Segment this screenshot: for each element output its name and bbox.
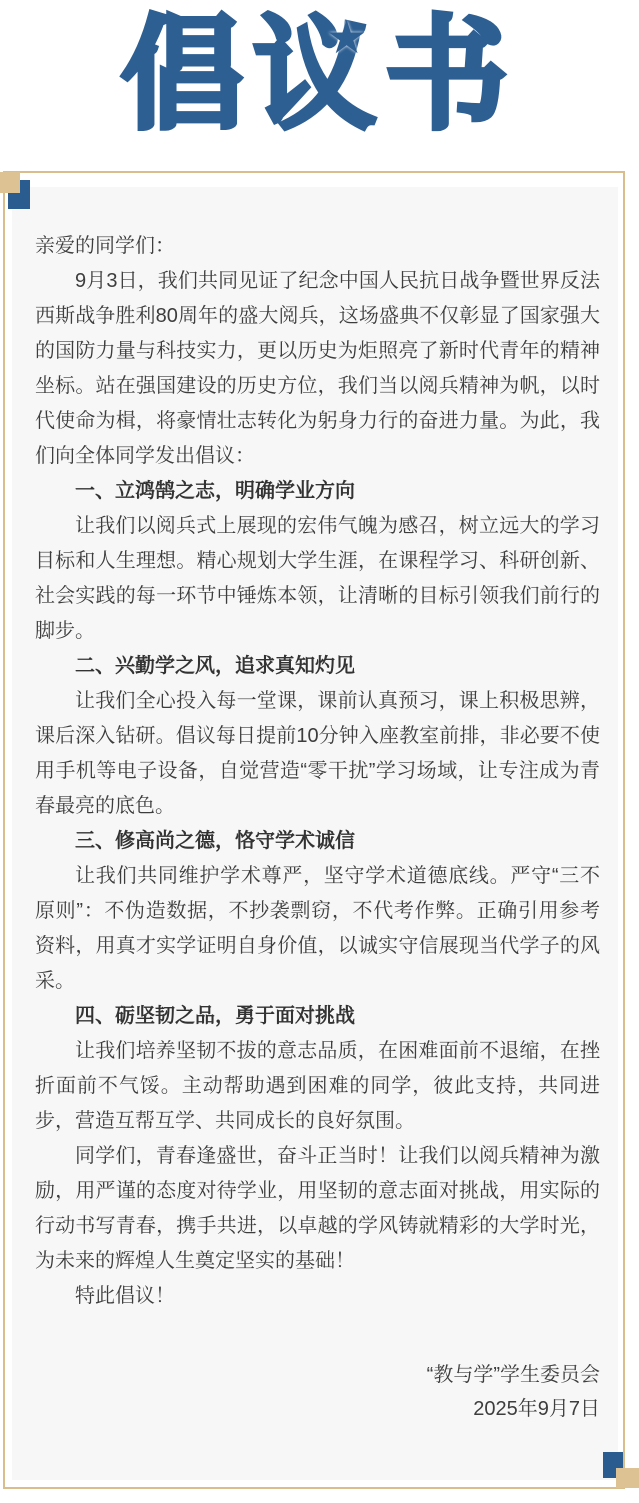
title-text: 倡议书: [0, 0, 639, 150]
signature-date: 2025年9月7日: [35, 1392, 600, 1426]
intro-paragraph: 9月3日，我们共同见证了纪念中国人民抗日战争暨世界反法西斯战争胜利80周年的盛大…: [35, 264, 600, 474]
section-2-heading: 二、兴勤学之风，追求真知灼见: [35, 649, 600, 684]
corner-square-top-left-tan-icon: [0, 172, 20, 193]
letter-body: 亲爱的同学们： 9月3日，我们共同见证了纪念中国人民抗日战争暨世界反法西斯战争胜…: [12, 187, 618, 1480]
closing-paragraph: 同学们，青春逢盛世，奋斗正当时！让我们以阅兵精神为激励，用严谨的态度对待学业，用…: [35, 1139, 600, 1279]
sign-off: 特此倡议！: [35, 1279, 600, 1314]
signature-block: “教与学”学生委员会 2025年9月7日: [35, 1358, 600, 1426]
section-3-body: 让我们共同维护学术尊严，坚守学术道德底线。严守“三不原则”：不伪造数据，不抄袭剽…: [35, 859, 600, 999]
section-4-body: 让我们培养坚韧不拔的意志品质，在困难面前不退缩，在挫折面前不气馁。主动帮助遇到困…: [35, 1034, 600, 1139]
signature-name: “教与学”学生委员会: [35, 1358, 600, 1392]
page-title: 倡议书 ★: [0, 0, 639, 160]
greeting: 亲爱的同学们：: [35, 229, 600, 264]
section-3-heading: 三、修高尚之德，恪守学术诚信: [35, 824, 600, 859]
section-2-body: 让我们全心投入每一堂课，课前认真预习，课上积极思辨，课后深入钻研。倡议每日提前1…: [35, 684, 600, 824]
section-1-body: 让我们以阅兵式上展现的宏伟气魄为感召，树立远大的学习目标和人生理想。精心规划大学…: [35, 509, 600, 649]
star-icon: ★: [326, 14, 367, 60]
proposal-letter-page: 倡议书 ★ 亲爱的同学们： 9月3日，我们共同见证了纪念中国人民抗日战争暨世界反…: [0, 0, 639, 1503]
corner-square-bottom-right-tan-icon: [616, 1468, 639, 1488]
section-4-heading: 四、砺坚韧之品，勇于面对挑战: [35, 999, 600, 1034]
section-1-heading: 一、立鸿鹄之志，明确学业方向: [35, 474, 600, 509]
